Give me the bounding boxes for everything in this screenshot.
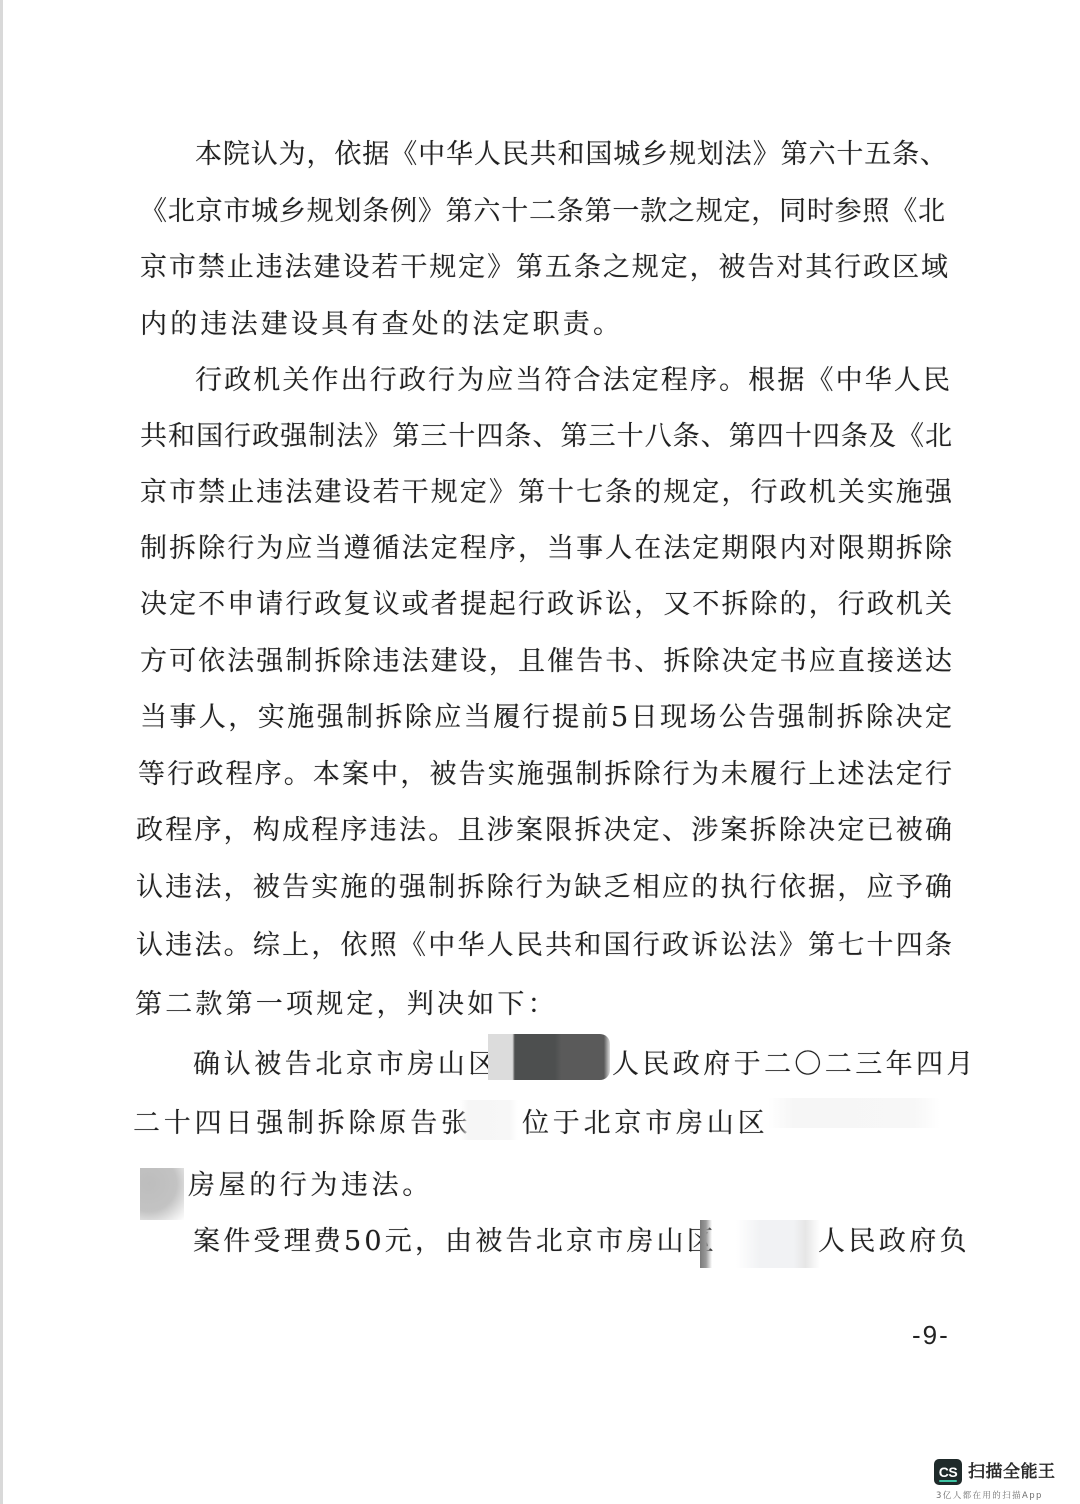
redaction-address-tail — [140, 1168, 184, 1220]
judgment-line: 案件受理费50元，由被告北京市房山区 — [193, 1222, 717, 1262]
paragraph-line: 内的违法建设具有查处的法定职责。 — [140, 305, 623, 345]
judgment-line: 人民政府负 — [818, 1222, 970, 1262]
judgment-line: 位于北京市房山区 — [522, 1104, 768, 1144]
scanner-watermark: CS 扫描全能王 3亿人都在用的扫描App — [934, 1456, 1074, 1502]
judgment-line: 二十四日强制拆除原告张 — [133, 1104, 472, 1144]
redaction-town-name — [488, 1034, 610, 1080]
paragraph-line: 制拆除行为应当遵循法定程序，当事人在法定期限内对限期拆除 — [140, 529, 952, 569]
paragraph-line: 本院认为，依据《中华人民共和国城乡规划法》第六十五条、 — [195, 135, 947, 175]
paragraph-line: 当事人，实施强制拆除应当履行提前5日现场公告强制拆除决定 — [140, 698, 952, 738]
page-number: -9- — [912, 1320, 950, 1351]
redaction-address-detail — [768, 1098, 940, 1128]
watermark-app-name: 扫描全能王 — [968, 1459, 1056, 1485]
paragraph-line: 政程序，构成程序违法。且涉案限拆决定、涉案拆除决定已被确 — [136, 811, 952, 851]
redaction-plaintiff-name — [460, 1100, 518, 1140]
document-page: 本院认为，依据《中华人民共和国城乡规划法》第六十五条、 《北京市城乡规划条例》第… — [0, 0, 1080, 1504]
paragraph-line: 《北京市城乡规划条例》第六十二条第一款之规定，同时参照《北 — [140, 192, 945, 232]
redaction-town-name — [700, 1220, 820, 1268]
paragraph-line: 方可依法强制拆除违法建设，且催告书、拆除决定书应直接送达 — [140, 642, 952, 682]
paragraph-line: 京市禁止违法建设若干规定》第十七条的规定，行政机关实施强 — [140, 473, 952, 513]
paragraph-line: 等行政程序。本案中，被告实施强制拆除行为未履行上述法定行 — [138, 755, 952, 795]
judgment-line: 人民政府于二〇二三年四月 — [612, 1045, 977, 1085]
judgment-line: 房屋的行为违法。 — [188, 1166, 433, 1206]
paragraph-line: 决定不申请行政复议或者提起行政诉讼，又不拆除的，行政机关 — [140, 585, 952, 625]
paragraph-line: 共和国行政强制法》第三十四条、第三十八条、第四十四条及《北 — [140, 417, 952, 457]
paragraph-line: 认违法。综上，依照《中华人民共和国行政诉讼法》第七十四条 — [136, 926, 952, 966]
paragraph-line: 认违法，被告实施的强制拆除行为缺乏相应的执行依据，应予确 — [136, 868, 952, 908]
watermark-tagline: 3亿人都在用的扫描App — [936, 1489, 1043, 1501]
camscanner-logo-icon: CS — [934, 1459, 962, 1485]
paragraph-line: 第二款第一项规定，判决如下： — [135, 985, 558, 1025]
paragraph-line: 京市禁止违法建设若干规定》第五条之规定，被告对其行政区域 — [140, 248, 948, 288]
paragraph-line: 行政机关作出行政行为应当符合法定程序。根据《中华人民 — [195, 361, 950, 401]
judgment-line: 确认被告北京市房山区 — [193, 1045, 499, 1085]
